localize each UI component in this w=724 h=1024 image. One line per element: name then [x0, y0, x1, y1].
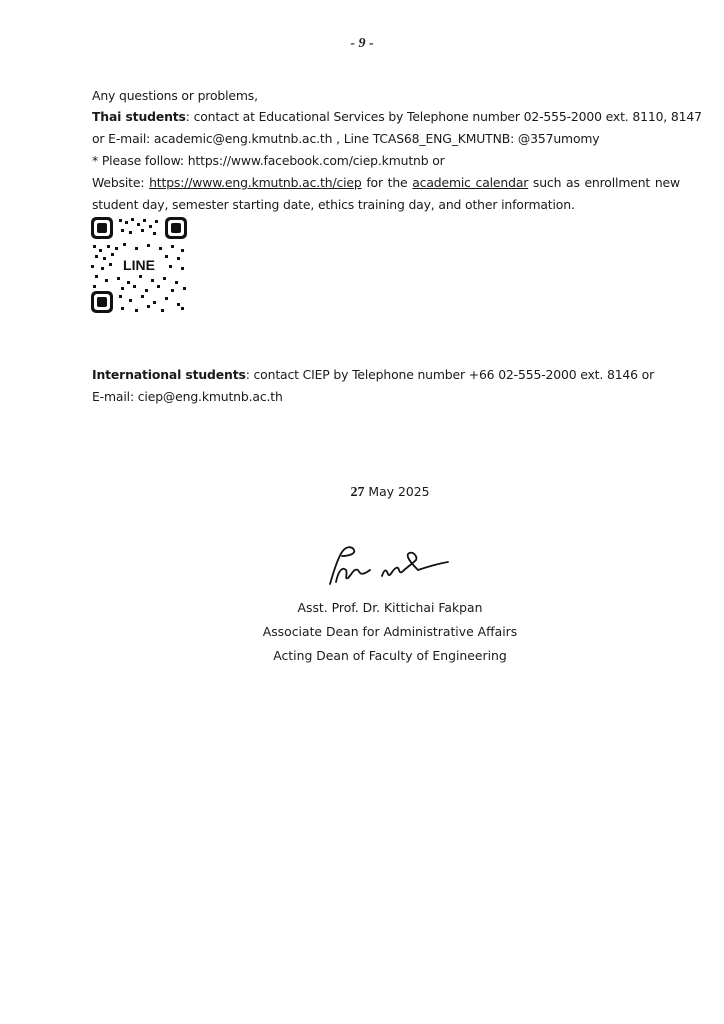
international-students-label: International students: [92, 367, 246, 382]
page-number: - 9 -: [0, 36, 724, 52]
signatory-name: Asst. Prof. Dr. Kittichai Fakpan: [190, 600, 590, 615]
website-prefix: Website:: [92, 175, 149, 190]
international-contact-text: : contact CIEP by Telephone number +66 0…: [246, 367, 654, 382]
website-suffix: such as enrollment new: [528, 175, 680, 190]
signature-icon: [320, 540, 460, 590]
thai-contact-text: : contact at Educational Services by Tel…: [186, 109, 702, 124]
thai-contact-line: Thai students: contact at Educational Se…: [92, 109, 702, 124]
date-rest: May 2025: [364, 484, 429, 499]
info-line: student day, semester starting date, eth…: [92, 197, 575, 212]
international-contact-line: International students: contact CIEP by …: [92, 367, 654, 382]
website-mid: for the: [362, 175, 413, 190]
intro-text: Any questions or problems,: [92, 88, 258, 103]
line-qr-code-icon: LINE: [91, 217, 187, 313]
qr-line-label: LINE: [123, 257, 155, 273]
thai-students-label: Thai students: [92, 109, 186, 124]
international-email-line: E-mail: ciep@eng.kmutnb.ac.th: [92, 389, 283, 404]
signatory-title-1: Associate Dean for Administrative Affair…: [190, 624, 590, 639]
website-link[interactable]: https://www.eng.kmutnb.ac.th/ciep: [149, 175, 362, 190]
facebook-line: * Please follow: https://www.facebook.co…: [92, 153, 445, 168]
document-date: 27 May 2025: [190, 484, 590, 501]
academic-calendar-link[interactable]: academic calendar: [412, 175, 528, 190]
thai-email-line: or E-mail: academic@eng.kmutnb.ac.th , L…: [92, 131, 599, 146]
website-line: Website: https://www.eng.kmutnb.ac.th/ci…: [92, 175, 680, 190]
signatory-title-2: Acting Dean of Faculty of Engineering: [190, 648, 590, 663]
